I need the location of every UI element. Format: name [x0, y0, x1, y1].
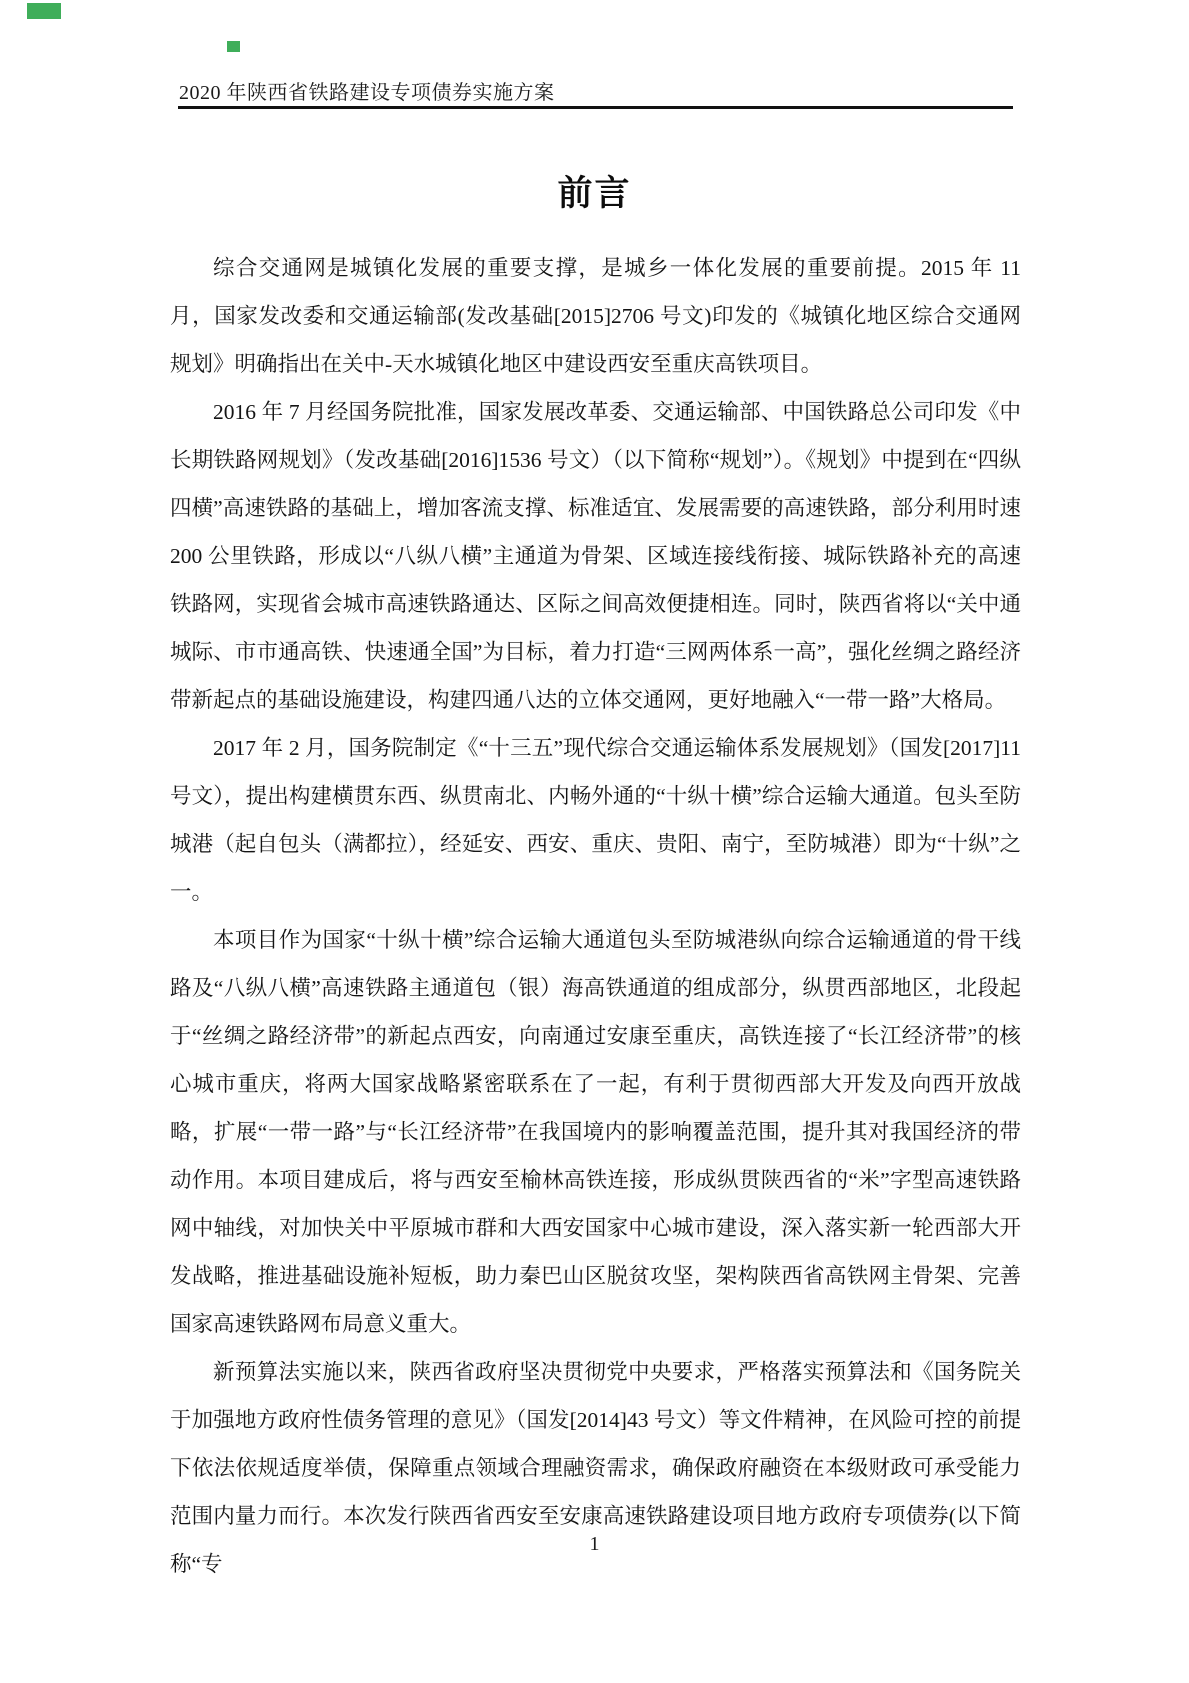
header-title: 2020 年陕西省铁路建设专项债券实施方案	[179, 76, 555, 105]
paragraph-1: 综合交通网是城镇化发展的重要支撑，是城乡一体化发展的重要前提。2015 年 11…	[170, 244, 1021, 388]
scan-artifact-marker-small	[227, 41, 240, 52]
section-title: 前言	[0, 166, 1189, 216]
paragraph-2: 2016 年 7 月经国务院批准，国家发展改革委、交通运输部、中国铁路总公司印发…	[170, 388, 1021, 724]
paragraph-3: 2017 年 2 月，国务院制定《“十三五”现代综合交通运输体系发展规划》（国发…	[170, 724, 1021, 916]
document-body: 综合交通网是城镇化发展的重要支撑，是城乡一体化发展的重要前提。2015 年 11…	[170, 244, 1021, 1588]
header-rule	[178, 106, 1013, 109]
page-number: 1	[0, 1533, 1189, 1556]
document-page: 2020 年陕西省铁路建设专项债券实施方案 前言 综合交通网是城镇化发展的重要支…	[0, 0, 1189, 1683]
paragraph-4: 本项目作为国家“十纵十横”综合运输大通道包头至防城港纵向综合运输通道的骨干线路及…	[170, 916, 1021, 1348]
scan-artifact-marker	[27, 3, 61, 19]
